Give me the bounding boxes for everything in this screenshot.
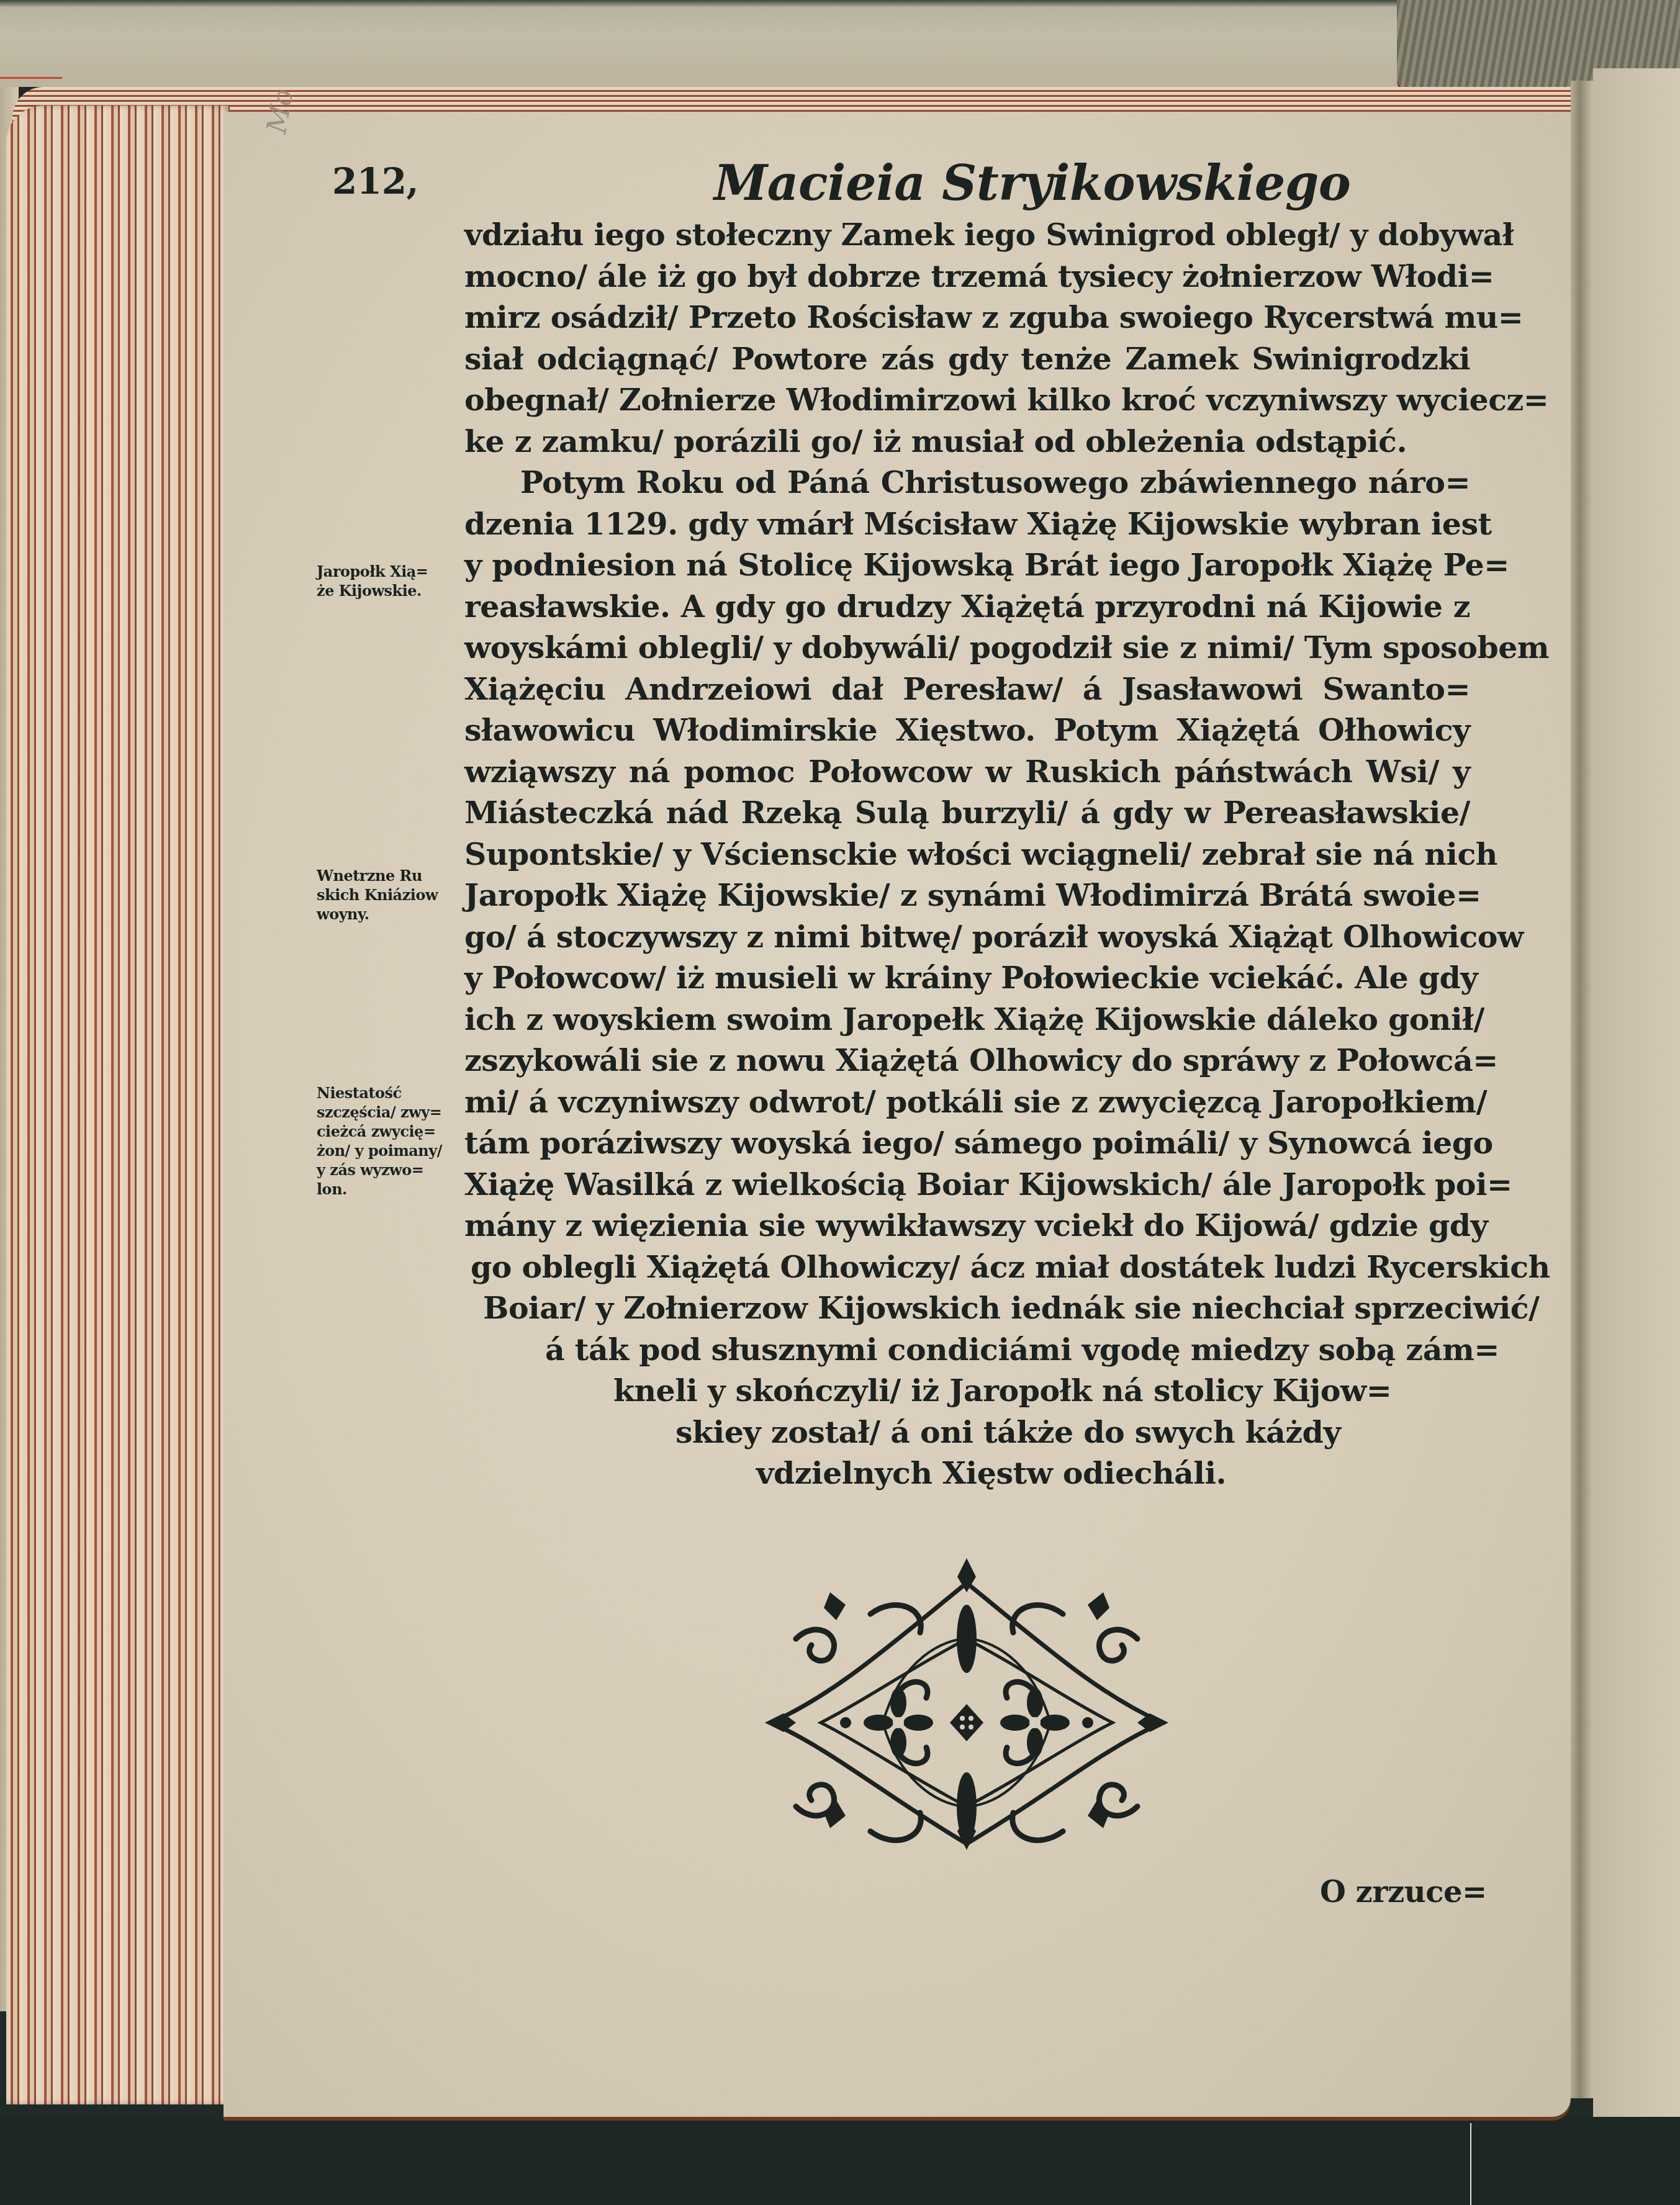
text-line: y Połowcow/ iż musieli w kráiny Połowiec…: [464, 957, 1470, 999]
text-line: skiey został/ á oni tákże do swych káżdy: [464, 1412, 1470, 1453]
text-line: woyskámi oblegli/ y dobywáli/ pogodził s…: [464, 627, 1470, 669]
body-text: vdziału iego stołeczny Zamek iego Swinig…: [464, 214, 1470, 1494]
text-line: mirz osádził/ Przeto Rościsław z zguba s…: [464, 297, 1470, 338]
margin-note-internal-wars: Wnetrzne Ru skich Kniáziow woyny.: [317, 866, 459, 924]
text-line: obegnał/ Zołnierze Włodimirzowi kilko kr…: [464, 379, 1470, 421]
text-line: vdziału iego stołeczny Zamek iego Swinig…: [464, 214, 1470, 256]
text-line: Potym Roku od Páná Christusowego zbáwien…: [464, 462, 1470, 503]
text-line: tám poráziwszy woyská iego/ sámego poimá…: [464, 1122, 1470, 1164]
text-line: Boiar/ y Zołnierzow Kijowskich iednák si…: [464, 1287, 1470, 1329]
text-line: mi/ á vczyniwszy odwrot/ potkáli sie z z…: [464, 1081, 1470, 1123]
text-line: go oblegli Xiążętá Olhowiczy/ ácz miał d…: [464, 1247, 1470, 1288]
text-line: ich z woyskiem swoim Jaropełk Xiążę Kijo…: [464, 999, 1470, 1040]
text-line: Xiążęciu Andrzeiowi dał Peresław/ á Jsas…: [464, 669, 1470, 710]
margin-note-line: Wnetrzne Ru: [317, 866, 459, 885]
margin-note-fortune: Niestatość szczęścia/ zwy= cieżcá zwycię…: [317, 1083, 459, 1199]
margin-note-line: y zás wyzwo=: [317, 1160, 459, 1179]
page-fore-edge-stack: [6, 106, 230, 2104]
text-line: Xiążę Wasilká z wielkością Boiar Kijowsk…: [464, 1164, 1470, 1206]
margin-note-line: skich Kniáziow: [317, 885, 459, 904]
text-line: á ták pod słusznymi condiciámi vgodę mie…: [464, 1329, 1470, 1371]
page-number: 212,: [332, 160, 418, 202]
margin-note-line: żon/ y poimany/: [317, 1141, 459, 1160]
running-head: Macieia Stryikowskiego: [714, 155, 1350, 212]
book-gutter: [1571, 81, 1593, 2098]
text-line: reasławskie. A gdy go drudzy Xiążętá prz…: [464, 586, 1470, 628]
margin-note-jaropolk: Jaropołk Xią= że Kijowskie.: [317, 562, 459, 600]
margin-note-line: woyny.: [317, 904, 459, 924]
text-line: mocno/ ále iż go był dobrze trzemá tysie…: [464, 256, 1470, 297]
text-line: sławowicu Włodimirskie Xięstwo. Potym Xi…: [464, 710, 1470, 751]
text-line: Supontskie/ y Vściensckie włości wciągne…: [464, 834, 1470, 875]
text-line: ke z zamku/ porázili go/ iż musiał od ob…: [464, 421, 1470, 462]
margin-note-line: Jaropołk Xią=: [317, 562, 459, 581]
scan-thread: [1470, 2123, 1471, 2205]
text-line: vdzielnych Xięstw odiecháli.: [464, 1453, 1470, 1494]
red-rule-line: [0, 77, 62, 79]
text-line: Miásteczká nád Rzeką Sulą burzyli/ á gdy…: [464, 792, 1470, 834]
text-line: kneli y skończyli/ iż Jaropołk ná stolic…: [464, 1370, 1470, 1412]
margin-note-line: że Kijowskie.: [317, 581, 459, 600]
margin-note-line: cieżcá zwycię=: [317, 1122, 459, 1141]
text-line: siał odciągnąć/ Powtore zás gdy tenże Za…: [464, 338, 1470, 380]
margin-note-line: lon.: [317, 1179, 459, 1199]
catchword: O zrzuce=: [1320, 1875, 1487, 1910]
text-line: y podniesion ná Stolicę Kijowską Brát ie…: [464, 544, 1470, 586]
text-line: go/ á stoczywszy z nimi bitwę/ poráził w…: [464, 916, 1470, 958]
scan-background: [0, 2117, 1680, 2205]
margin-note-line: Niestatość: [317, 1083, 459, 1102]
text-line: zszykowáli sie z nowu Xiążętá Olhowicy d…: [464, 1040, 1470, 1081]
text-line: Jaropołk Xiążę Kijowskie/ z synámi Włodi…: [464, 875, 1470, 916]
facing-page-edge: [1593, 68, 1680, 2117]
text-line: dzenia 1129. gdy vmárł Mścisław Xiążę Ki…: [464, 503, 1470, 545]
margin-note-line: szczęścia/ zwy=: [317, 1102, 459, 1122]
text-line: mány z więzienia sie wywikławszy vciekł …: [464, 1205, 1470, 1247]
text-line: wziąwszy ná pomoc Połowcow w Ruskich páń…: [464, 751, 1470, 793]
fleuron-ornament-icon: [759, 1546, 1175, 1856]
